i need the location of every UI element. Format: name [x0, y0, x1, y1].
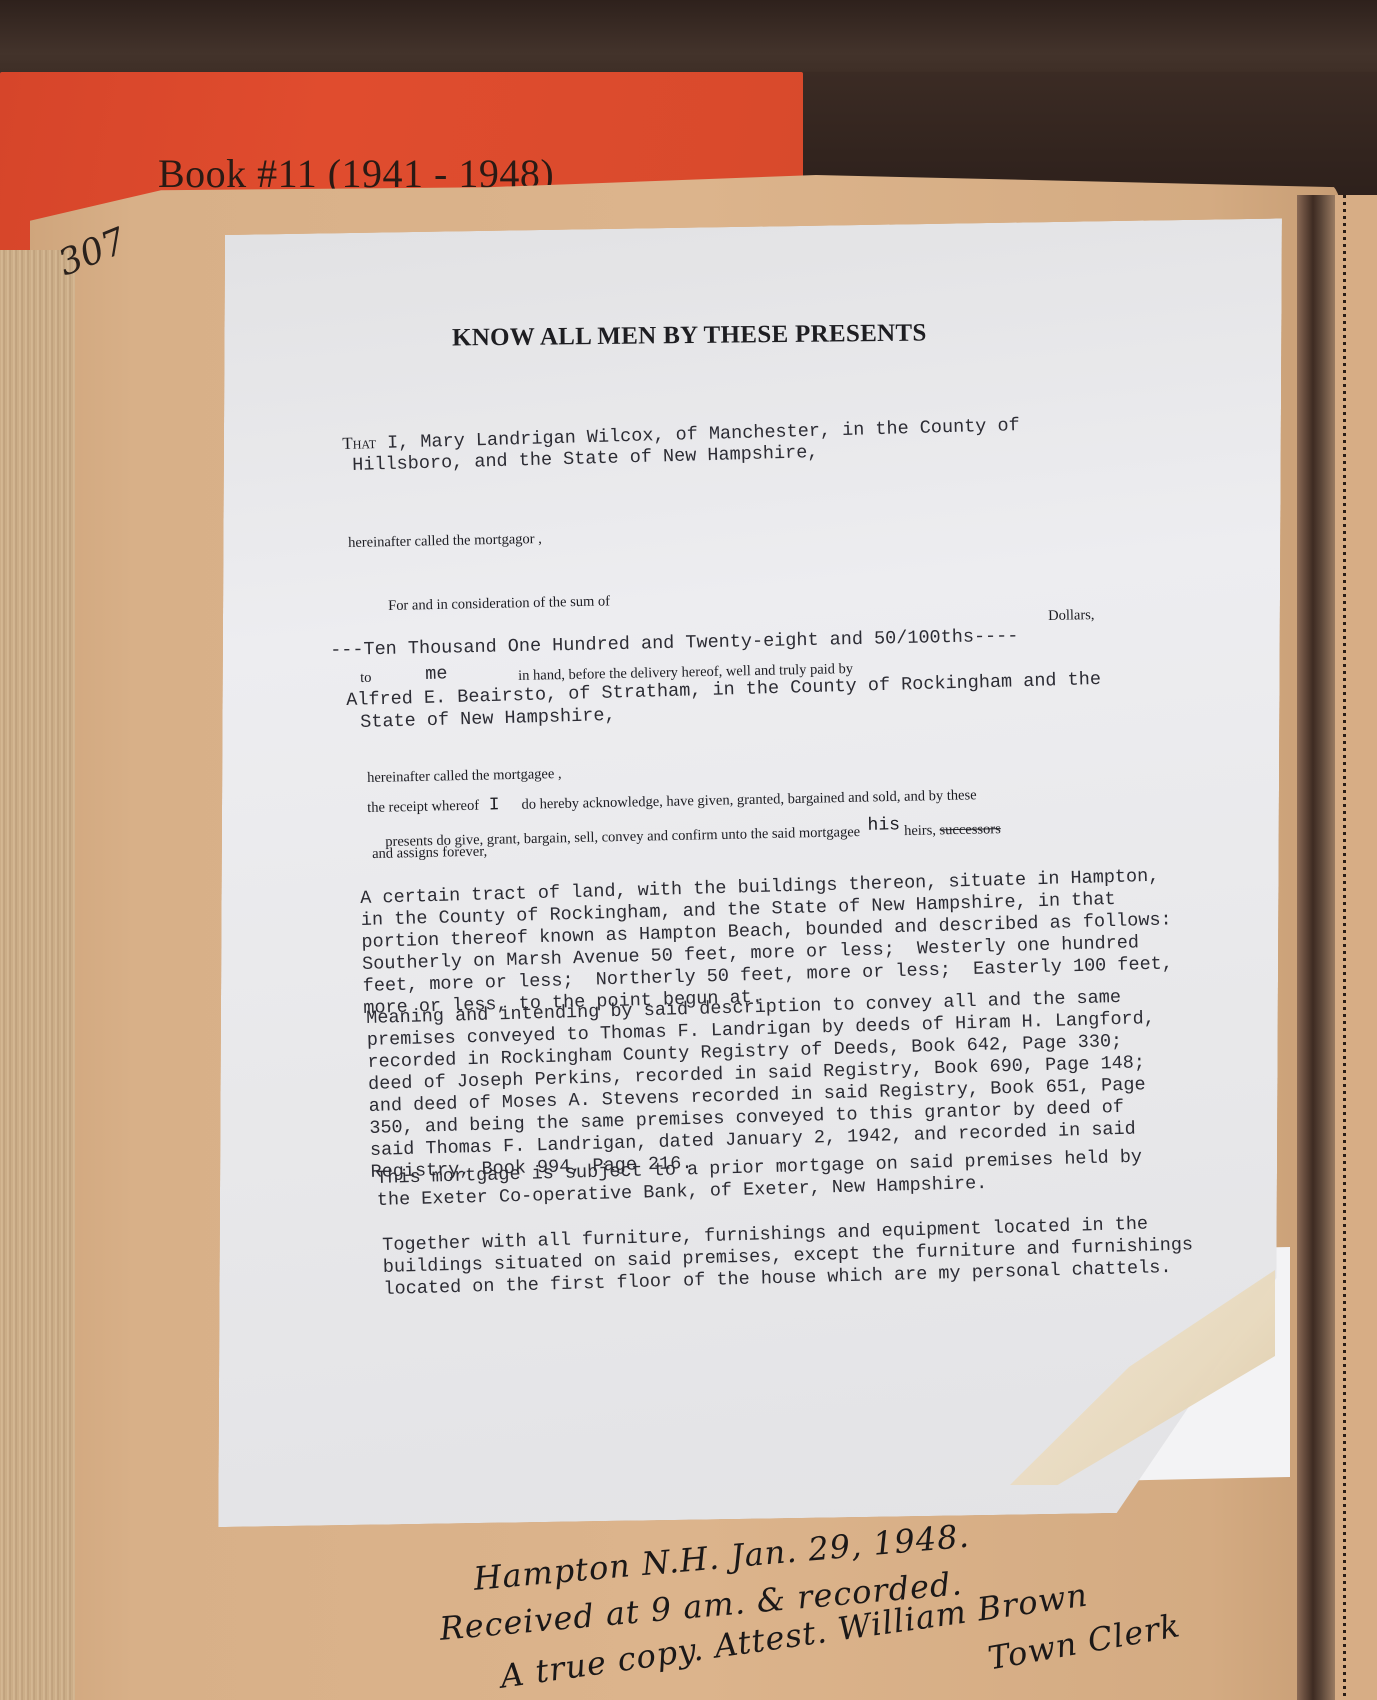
book-gutter	[1297, 195, 1337, 1700]
to-label: to	[360, 670, 372, 687]
grantor-lead: That	[342, 433, 376, 453]
document-title: KNOW ALL MEN BY THESE PRESENTS	[452, 320, 927, 353]
assigns-line: and assigns forever,	[372, 844, 487, 863]
to-party: me	[425, 663, 448, 686]
currency-label: Dollars,	[1048, 607, 1095, 625]
facing-page	[1335, 195, 1377, 1700]
page-stack-edge	[0, 250, 75, 1700]
binding-stitch	[1343, 195, 1346, 1700]
